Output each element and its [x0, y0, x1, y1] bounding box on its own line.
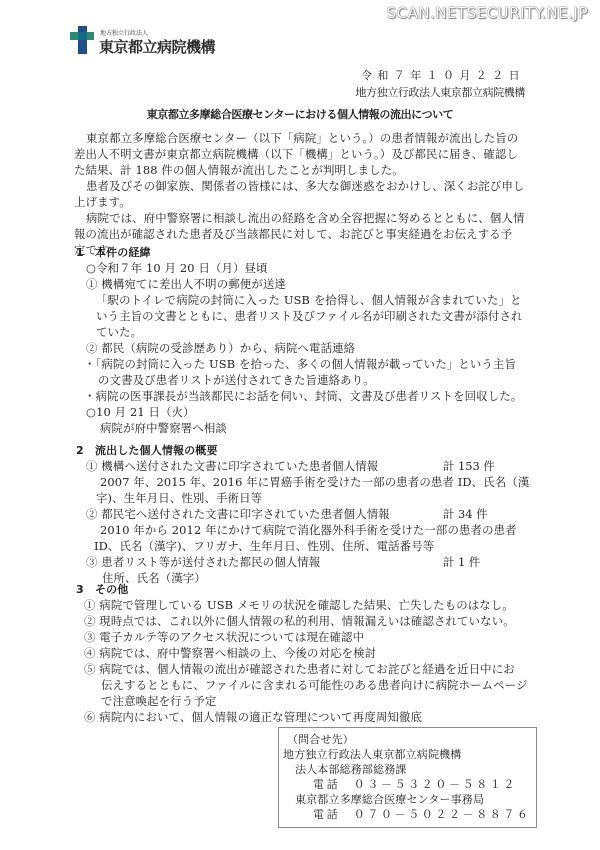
section-line: いう主旨の文書とともに、患者リスト及びファイル名が印刷された文書が添付され: [96, 308, 523, 324]
intro-line: 患者及びその御家族、関係者の皆様には、多大な御迷惑をおかけし、深くお詫び申し: [86, 178, 525, 194]
section-line: 伝えするとともに、ファイルに含まれる可能性のある患者向けに病院ホームページ: [101, 677, 528, 693]
section-line: ・「病院の封筒に入った USB を拾った、多くの個人情報が載っていた」という主旨: [84, 356, 516, 372]
intro-line: 上げます。: [74, 194, 131, 210]
section-heading: 1 本件の経緯: [76, 244, 151, 260]
contact-phone-2: 電話 ０７０－５０２２－８８７６: [313, 806, 531, 822]
leak-item-detail: 2010 年から 2012 年にかけて病院で消化器外科手術を受けた一部の患者の患…: [100, 522, 517, 538]
logo-name: 東京都立病院機構: [99, 36, 215, 57]
section-line: ていた。: [96, 324, 142, 340]
section-heading: 2 流出した個人情報の概要: [76, 442, 218, 458]
leak-item-label: ③ 患者リスト等が送付された都民の個人情報: [86, 554, 320, 570]
section-line: ② 現時点では、これ以外に個人情報の私的利用、情報漏えいは確認されていない。: [84, 613, 515, 629]
leak-item-label: ② 都民宅へ送付された文書に印字されていた患者個人情報: [86, 506, 390, 522]
intro-line: 報の流出が確認された患者及び当該都民に対して、お詫びと事実経過をお伝えする予: [74, 226, 512, 242]
medical-cross-icon: [70, 26, 94, 54]
leak-item-detail: ID、氏名（漢字)、フリガナ、生年月日、性別、住所、電話番号等: [94, 538, 434, 554]
section-line: 「駅のトイレで病院の封筒に入った USB を拾得し、個人情報が含まれていた」と: [96, 292, 522, 308]
leak-item-count: 計 34 件: [443, 506, 488, 522]
leak-item-detail: 字)、生年月日、性別、手術日等: [96, 490, 262, 506]
contact-phone-1: 電話 ０３－５３２０－５８１２: [313, 776, 517, 792]
section-line: ④ 病院では、府中警察署へ相談の上、今後の対応を検討: [84, 645, 376, 661]
issuer: 地方独立行政法人東京都立病院機構: [355, 84, 525, 100]
section-line: ⑤ 病院では、個人情報の流出が確認された患者に対してお詫びと経過を近日中にお: [84, 661, 515, 677]
document-date: 令和７年１０月２２日: [361, 67, 525, 83]
document-title: 東京都立多摩総合医療センターにおける個人情報の流出について: [0, 106, 600, 122]
section-line: ② 都民（病院の受診歴あり）から、病院へ電話連絡: [86, 340, 355, 356]
section-line: ○令和７年 10 月 20 日（月）昼頃: [86, 260, 268, 276]
contact-heading: （問合せ先）: [287, 731, 354, 747]
section-heading: 3 その他: [76, 581, 128, 597]
leak-item-count: 計 153 件: [443, 458, 495, 474]
intro-line: 差出人不明文書が東京都立病院機構（以下「機構」という。）及び都民に届き、確認し: [74, 146, 518, 162]
organization-logo: 地方独立行政法人 東京都立病院機構: [70, 26, 230, 60]
watermark: SCAN.NETSECURITY.NE.JP: [387, 4, 588, 22]
section-line: で注意喚起を行う予定: [101, 693, 216, 709]
section-line: ① 病院で管理している USB メモリの状況を確認した結果、亡失したものはなし。: [84, 597, 514, 613]
section-line: の文書及び患者リストが送付されてきた旨連絡あり。: [98, 372, 375, 388]
contact-org: 地方独立行政法人東京都立病院機構: [283, 746, 461, 762]
section-line: 病院が府中警察署へ相談: [100, 420, 227, 436]
contact-center: 東京都立多摩総合医療センター事務局: [295, 791, 484, 807]
section-line: ○10 月 21 日（火）: [86, 404, 195, 420]
contact-box: （問合せ先） 地方独立行政法人東京都立病院機構 法人本部総務部総務課 電話 ０３…: [278, 727, 537, 828]
section-line: ③ 電子カルテ等のアクセス状況については現在確認中: [84, 629, 364, 645]
leak-item-label: ① 機構へ送付された文書に印字されていた患者個人情報: [86, 458, 378, 474]
intro-line: た結果、計 188 件の個人情報が流出したことが判明しました。: [74, 162, 404, 178]
leak-item-detail: 2007 年、2015 年、2016 年に胃癌手術を受けた一部の患者の患者 ID…: [100, 474, 529, 490]
section-line: ・病院の医事課長が当該都民にお話を伺い、封筒、文書及び患者リストを回収した。: [84, 388, 522, 404]
leak-item-count: 計 1 件: [443, 554, 480, 570]
section-line: ① 機構宛てに差出人不明の郵便が送達: [86, 276, 286, 292]
intro-line: 病院では、府中警察署に相談し流出の経路を含め全容把握に努めるとともに、個人情: [86, 210, 525, 226]
intro-line: 東京都立多摩総合医療センター（以下「病院」という。）の患者情報が流出した旨の: [86, 130, 518, 146]
section-line: ⑥ 病院内において、個人情報の適正な管理について再度周知徹底: [84, 709, 422, 725]
contact-dept: 法人本部総務部総務課: [295, 761, 407, 777]
